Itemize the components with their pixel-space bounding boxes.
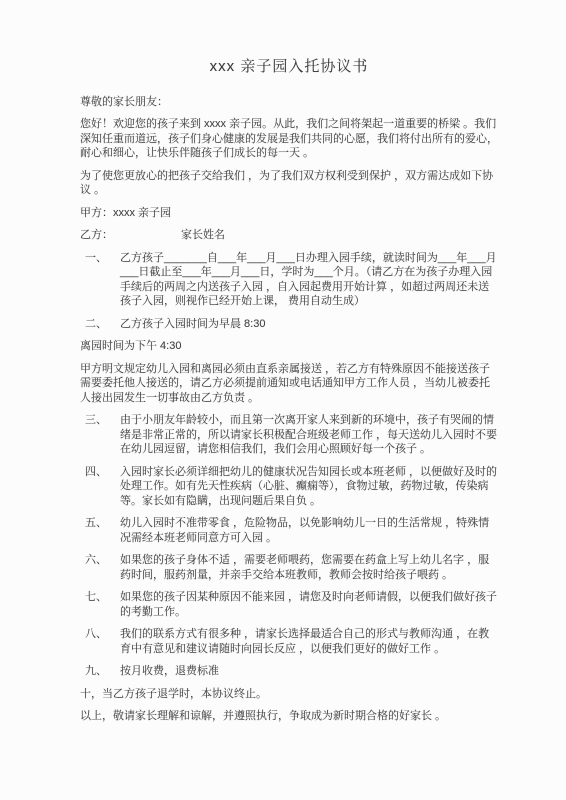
item-text: 由于小朋友年龄较小，而且第一次离开家人来到新的环境中，孩子有哭闹的情绪是非常正常… xyxy=(120,414,497,455)
item-text: 幼儿入园时不准带零食 ，危险物品，以免影响幼儿一日的生活常规 ，特殊情况需经本班… xyxy=(120,517,489,544)
agreement-item-5: 五、 幼儿入园时不准带零食 ，危险物品，以免影响幼儿一日的生活常规 ，特殊情况需… xyxy=(80,516,498,545)
agreement-item-7: 七、 如果您的孩子因某种原因不能来园 ，请您及时向老师请假，以便我们做好孩子的考… xyxy=(80,590,498,619)
item-2-extra-paragraph: 甲方明文规定幼儿入园和离园必须由直系亲属接送 ，若乙方有特殊原因不能接送孩子需要… xyxy=(80,362,498,406)
item-text: 乙方孩子入园时间为早晨 8:30 xyxy=(120,318,265,330)
item-number: 七、 xyxy=(85,590,107,605)
agreement-item-2: 二、 乙方孩子入园时间为早晨 8:30 xyxy=(80,317,498,332)
item-text: 入园时家长必须详细把幼儿的健康状况告知园长或本班老师 ，以便做好及时的处理工作。… xyxy=(120,466,497,507)
party-b-value: 家长姓名 xyxy=(181,228,225,243)
item-number: 九、 xyxy=(85,664,107,679)
item-number: 八、 xyxy=(85,627,107,642)
document-page: xxx 亲子园入托协议书 尊敬的家长朋友： 您好！欢迎您的孩子来到 xxxx 亲… xyxy=(0,0,566,800)
item-number: 三、 xyxy=(85,413,107,428)
agreement-item-1: 一、 乙方孩子_______自___年___月___日办理入园手续，就读时间为_… xyxy=(80,251,498,309)
item-text: 我们的联系方式有很多种 ，请家长选择最适合自己的形式与教师沟通 ，在教育中有意见… xyxy=(120,628,489,655)
item-number: 四、 xyxy=(85,465,107,480)
item-number: 六、 xyxy=(85,553,107,568)
item-number: 五、 xyxy=(85,516,107,531)
page-title: xxx 亲子园入托协议书 xyxy=(80,60,498,75)
agreement-item-8: 八、 我们的联系方式有很多种 ，请家长选择最适合自己的形式与教师沟通 ，在教育中… xyxy=(80,627,498,656)
agreement-item-9: 九、 按月收费，退费标准 xyxy=(80,664,498,679)
item-text: 按月收费，退费标准 xyxy=(120,665,219,677)
item-text: 乙方孩子_______自___年___月___日办理入园手续，就读时间为___年… xyxy=(120,252,497,308)
leave-time-line: 离园时间为下午 4:30 xyxy=(80,339,498,354)
agreement-item-10: 十，当乙方孩子退学时，本协议终止。 xyxy=(80,687,498,702)
item-number: 一、 xyxy=(85,251,107,266)
closing-line: 以上，敬请家长理解和谅解，并遵照执行，争取成为新时期合格的好家长 。 xyxy=(80,709,498,724)
party-a-line: 甲方：xxxx 亲子园 xyxy=(80,206,498,221)
intro-paragraph-1: 您好！欢迎您的孩子来到 xxxx 亲子园。从此，我们之间将架起一道重要的桥梁 。… xyxy=(80,117,498,161)
salutation-line: 尊敬的家长朋友： xyxy=(80,95,498,110)
agreement-item-6: 六、 如果您的孩子身体不适 ，需要老师喂药，您需要在药盒上写上幼儿名字 ，服药时… xyxy=(80,553,498,582)
party-b-line: 乙方：家长姓名 xyxy=(80,228,498,243)
agreement-item-4: 四、 入园时家长必须详细把幼儿的健康状况告知园长或本班老师 ，以便做好及时的处理… xyxy=(80,465,498,509)
party-b-label: 乙方： xyxy=(80,229,113,241)
agreement-item-3: 三、 由于小朋友年龄较小，而且第一次离开家人来到新的环境中，孩子有哭闹的情绪是非… xyxy=(80,413,498,457)
item-text: 如果您的孩子因某种原因不能来园 ，请您及时向老师请假，以便我们做好孩子的考勤工作… xyxy=(120,591,497,618)
item-text: 如果您的孩子身体不适 ，需要老师喂药，您需要在药盒上写上幼儿名字 ，服药时间，服… xyxy=(120,554,489,581)
intro-paragraph-2: 为了使您更放心的把孩子交给我们 ，为了我们双方权利受到保护 ，双方需达成如下协议… xyxy=(80,169,498,198)
item-number: 二、 xyxy=(85,317,107,332)
